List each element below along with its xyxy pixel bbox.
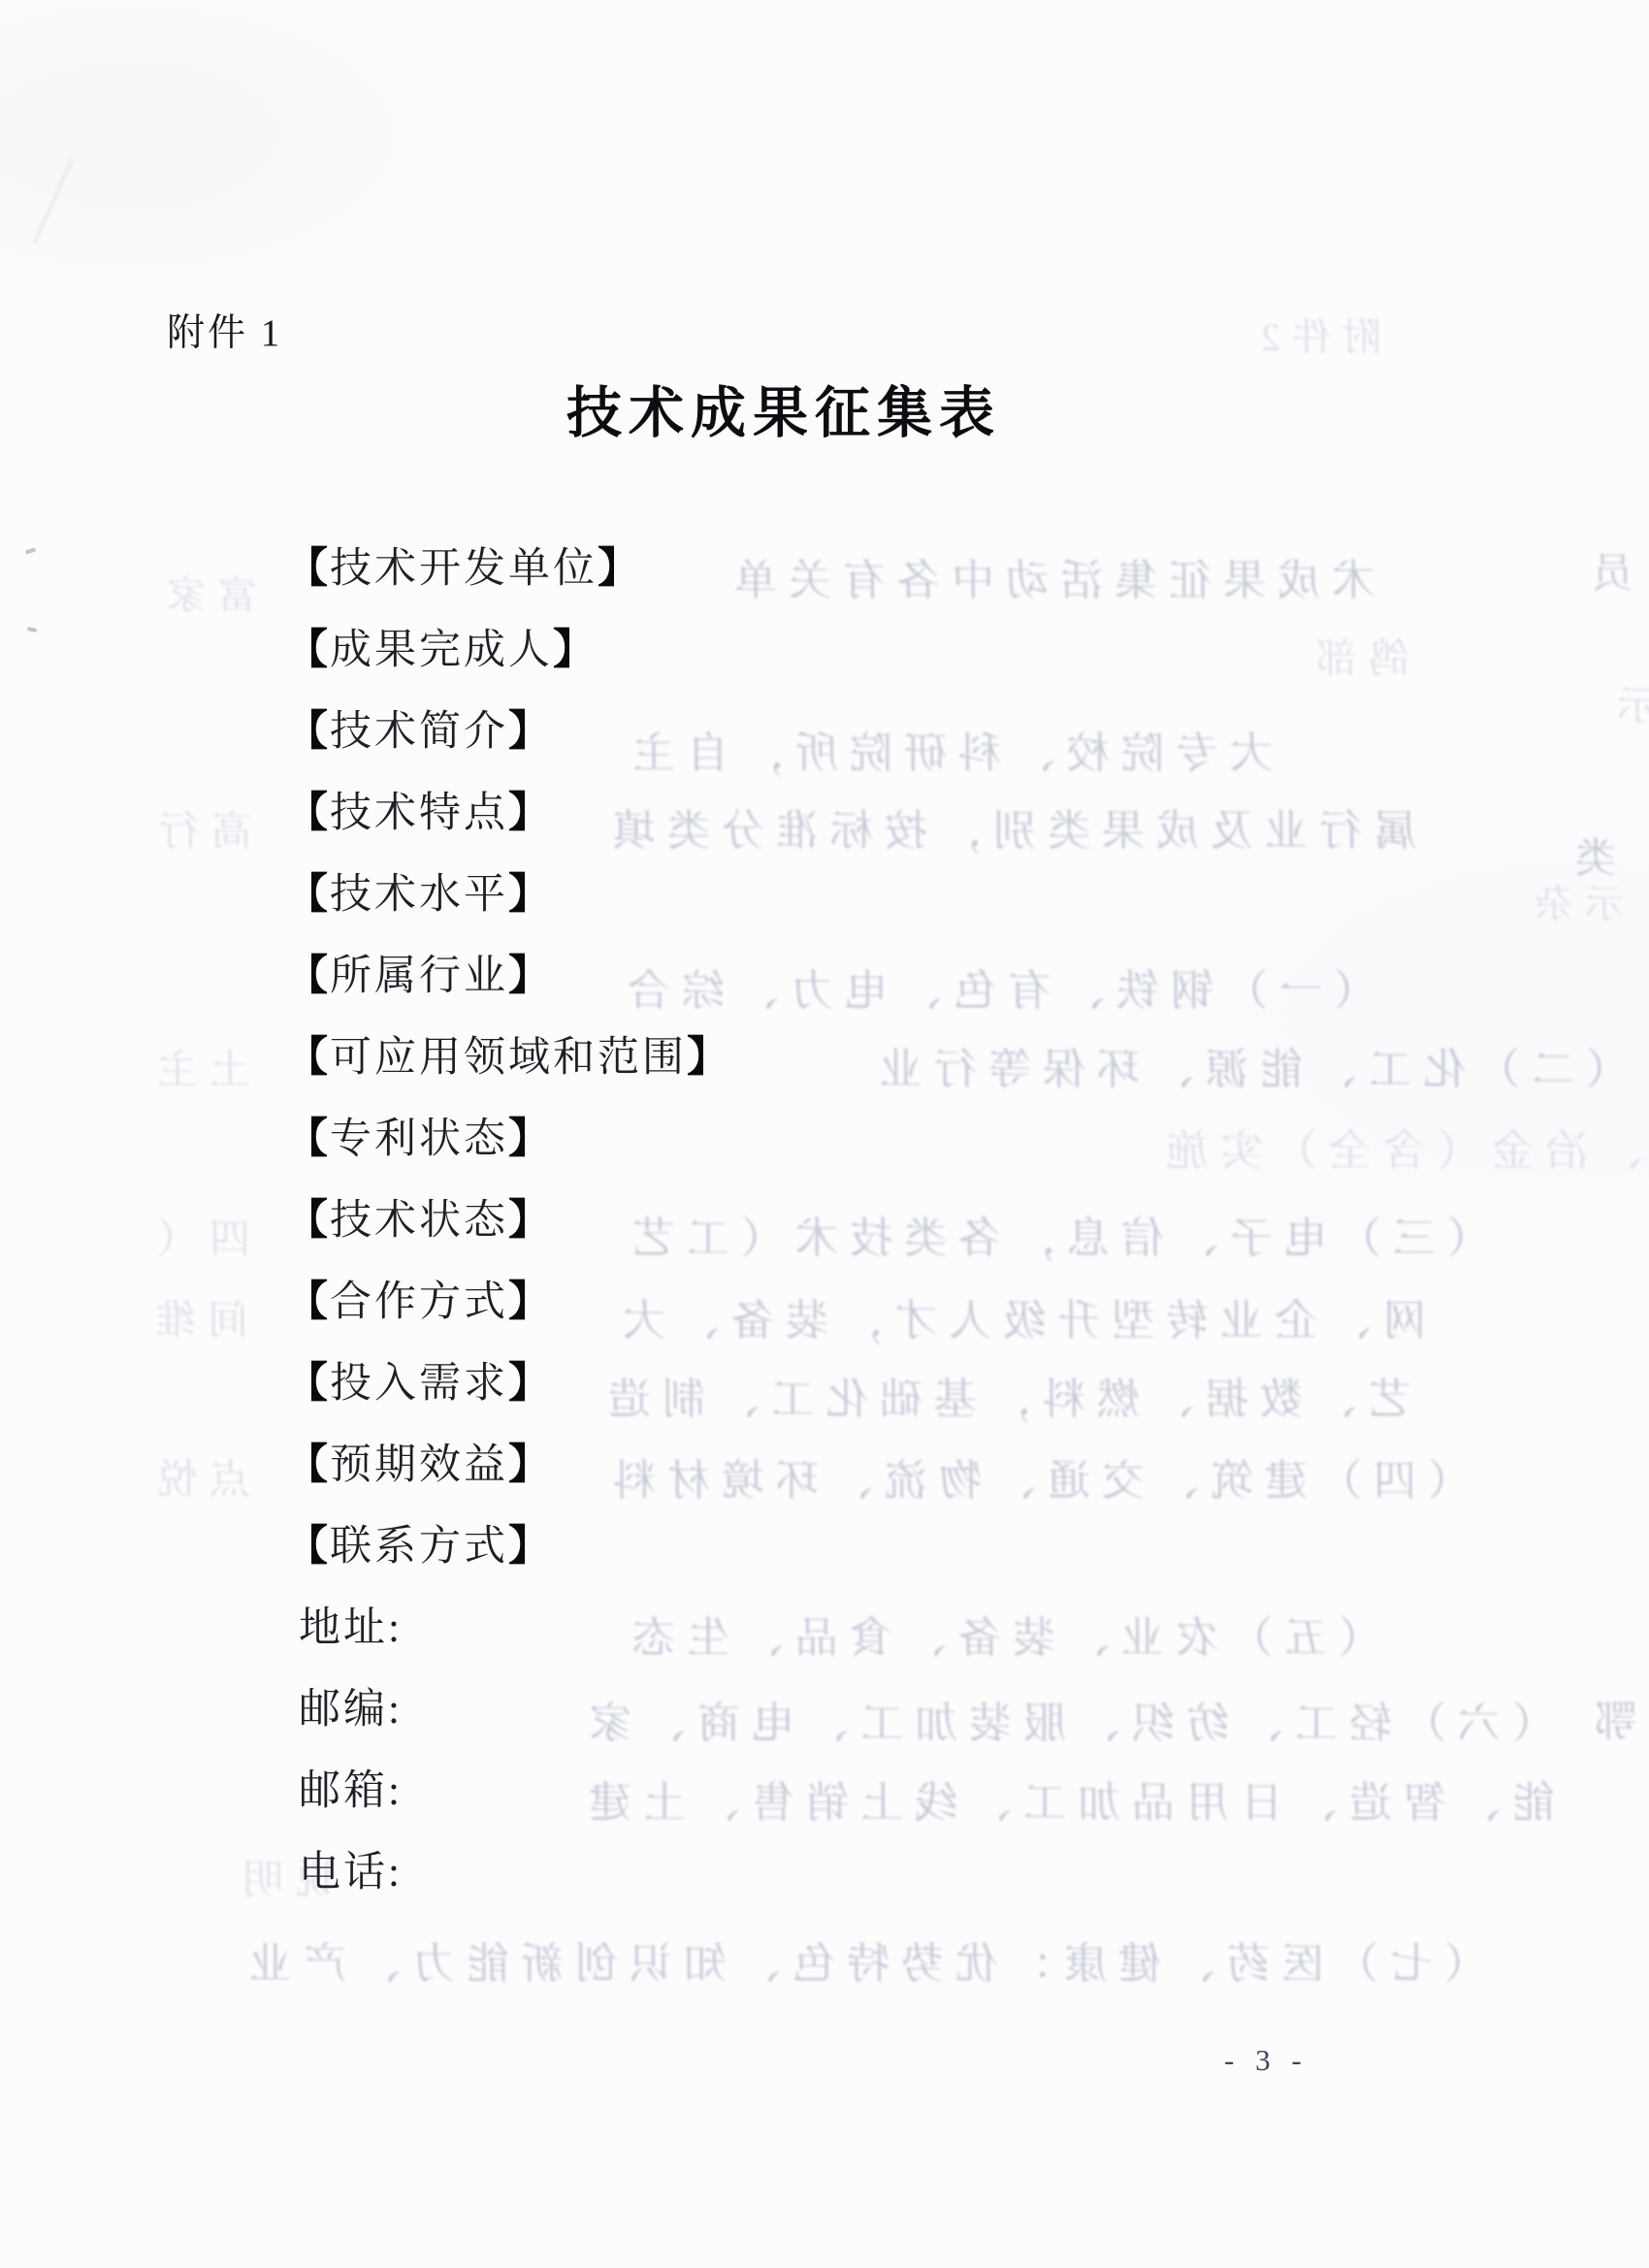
bracket-open: 【	[286, 546, 330, 592]
bleedthrough-text: （三）电子、信息，各类技术（工艺	[621, 1203, 1490, 1265]
bleedthrough-text: 示杂	[1523, 873, 1624, 928]
bleedthrough-text: （七）医药、健康：优势特色、知识创新能力、产业	[238, 1928, 1487, 1991]
bleedthrough-text: 网、企业转型升级人才，装备、大	[611, 1285, 1426, 1347]
bracket-open: 【	[286, 1198, 330, 1244]
bracket-open: 【	[286, 954, 330, 999]
bracket-close: 】	[508, 872, 552, 918]
bracket-close: 】	[508, 1198, 552, 1244]
contact-row-address: 地址:	[286, 1588, 730, 1669]
form-field-tech-intro: 【技术简介】	[286, 692, 730, 773]
bleedthrough-text: （二）化工、能源、环保等行业	[868, 1034, 1629, 1096]
form-field-tech-developer: 【技术开发单位】	[286, 529, 730, 610]
bracket-close: 】	[598, 546, 641, 592]
form-field-tech-level: 【技术水平】	[286, 855, 730, 936]
bracket-close: 】	[508, 709, 552, 755]
page-title: 技术成果征集表	[0, 369, 1608, 448]
bracket-open: 【	[286, 628, 330, 673]
bracket-open: 【	[286, 1035, 330, 1081]
bleedthrough-text: 示	[1605, 674, 1649, 732]
bracket-close: 】	[508, 1524, 552, 1570]
bleedthrough-text: 类	[1564, 826, 1616, 885]
bracket-open: 【	[286, 1117, 330, 1162]
field-label: 技术水平	[330, 872, 508, 918]
bleedthrough-text: 间维	[144, 1288, 248, 1346]
bleedthrough-text: 鸽部	[1305, 627, 1409, 685]
scanned-page: 附件2 术成果征集活动中各有关单 员 富家 鸽部 大专院校、科研院所，自主 示 …	[0, 0, 1649, 2268]
field-label: 预期效益	[330, 1442, 508, 1488]
colon: :	[388, 1850, 402, 1895]
contact-label: 邮箱	[299, 1768, 388, 1814]
bleedthrough-text: （五）农业、装备、食品、生态	[621, 1603, 1381, 1665]
colon: :	[388, 1605, 402, 1651]
bleedthrough-text: 四（	[145, 1207, 250, 1265]
field-label: 联系方式	[330, 1524, 508, 1570]
bracket-close: 】	[508, 1361, 552, 1407]
contact-row-postcode: 邮编:	[286, 1669, 730, 1751]
bracket-open: 【	[286, 1280, 330, 1325]
field-label: 技术状态	[330, 1198, 508, 1244]
field-label: 合作方式	[330, 1280, 508, 1325]
colon: :	[388, 1768, 402, 1814]
scan-streak	[32, 158, 75, 245]
bleedthrough-text: 员	[1581, 541, 1633, 599]
form-field-industry: 【所属行业】	[286, 936, 730, 1018]
bleedthrough-text: 土主	[145, 1038, 250, 1096]
bracket-open: 【	[286, 1524, 330, 1570]
form-field-application-scope: 【可应用领域和范围】	[286, 1018, 730, 1099]
contact-label: 邮编	[299, 1687, 388, 1733]
bracket-close: 】	[687, 1035, 730, 1081]
bracket-open: 【	[286, 872, 330, 918]
bleedthrough-text: 点悦	[145, 1447, 250, 1506]
ink-speck	[27, 627, 38, 632]
bracket-open: 【	[286, 791, 330, 836]
contact-row-phone: 电话:	[286, 1832, 730, 1914]
form-field-cooperation-mode: 【合作方式】	[286, 1262, 730, 1344]
bleedthrough-text: 富家	[155, 565, 256, 620]
attachment-label: 附件 1	[167, 303, 282, 357]
field-label: 技术简介	[330, 709, 508, 755]
bracket-close: 】	[508, 954, 552, 999]
bracket-close: 】	[508, 1280, 552, 1325]
bleedthrough-text: 业、冶金（含全）实施	[1154, 1116, 1649, 1178]
form-field-investment-need: 【投入需求】	[286, 1344, 730, 1425]
form-field-tech-status: 【技术状态】	[286, 1181, 730, 1262]
bleedthrough-text: 高行	[147, 799, 252, 858]
bracket-close: 】	[553, 628, 597, 673]
contact-row-email: 邮箱:	[286, 1751, 730, 1832]
bracket-close: 】	[508, 1117, 552, 1162]
field-label: 可应用领域和范围	[330, 1035, 687, 1081]
bracket-open: 【	[286, 1361, 330, 1407]
form-field-tech-features: 【技术特点】	[286, 773, 730, 855]
colon: :	[388, 1687, 402, 1733]
form-field-contact-info: 【联系方式】	[286, 1507, 730, 1588]
form-fields: 【技术开发单位】 【成果完成人】 【技术简介】 【技术特点】 【技术水平】 【所…	[286, 529, 730, 1914]
bleedthrough-text: 附件2	[1249, 307, 1381, 362]
bleedthrough-text: 鄂	[1583, 1686, 1637, 1748]
bleedthrough-text: （四）建筑、交通、物流、环境材料	[601, 1445, 1471, 1507]
bracket-close: 】	[508, 791, 552, 836]
bracket-open: 【	[286, 709, 330, 755]
field-label: 技术开发单位	[330, 546, 598, 592]
contact-label: 电话	[299, 1850, 388, 1895]
field-label: 技术特点	[330, 791, 508, 836]
form-field-achievement-author: 【成果完成人】	[286, 610, 730, 692]
field-label: 专利状态	[330, 1117, 508, 1162]
page-number: - 3 -	[1224, 2043, 1309, 2078]
field-label: 投入需求	[330, 1361, 508, 1407]
bracket-open: 【	[286, 1442, 330, 1488]
bracket-close: 】	[508, 1442, 552, 1488]
form-field-expected-benefit: 【预期效益】	[286, 1425, 730, 1507]
ink-speck	[25, 547, 37, 554]
form-field-patent-status: 【专利状态】	[286, 1099, 730, 1181]
bleedthrough-text: 术成果征集活动中各有关单	[723, 545, 1374, 607]
field-label: 所属行业	[330, 954, 508, 999]
field-label: 成果完成人	[330, 628, 553, 673]
contact-label: 地址	[299, 1605, 388, 1651]
